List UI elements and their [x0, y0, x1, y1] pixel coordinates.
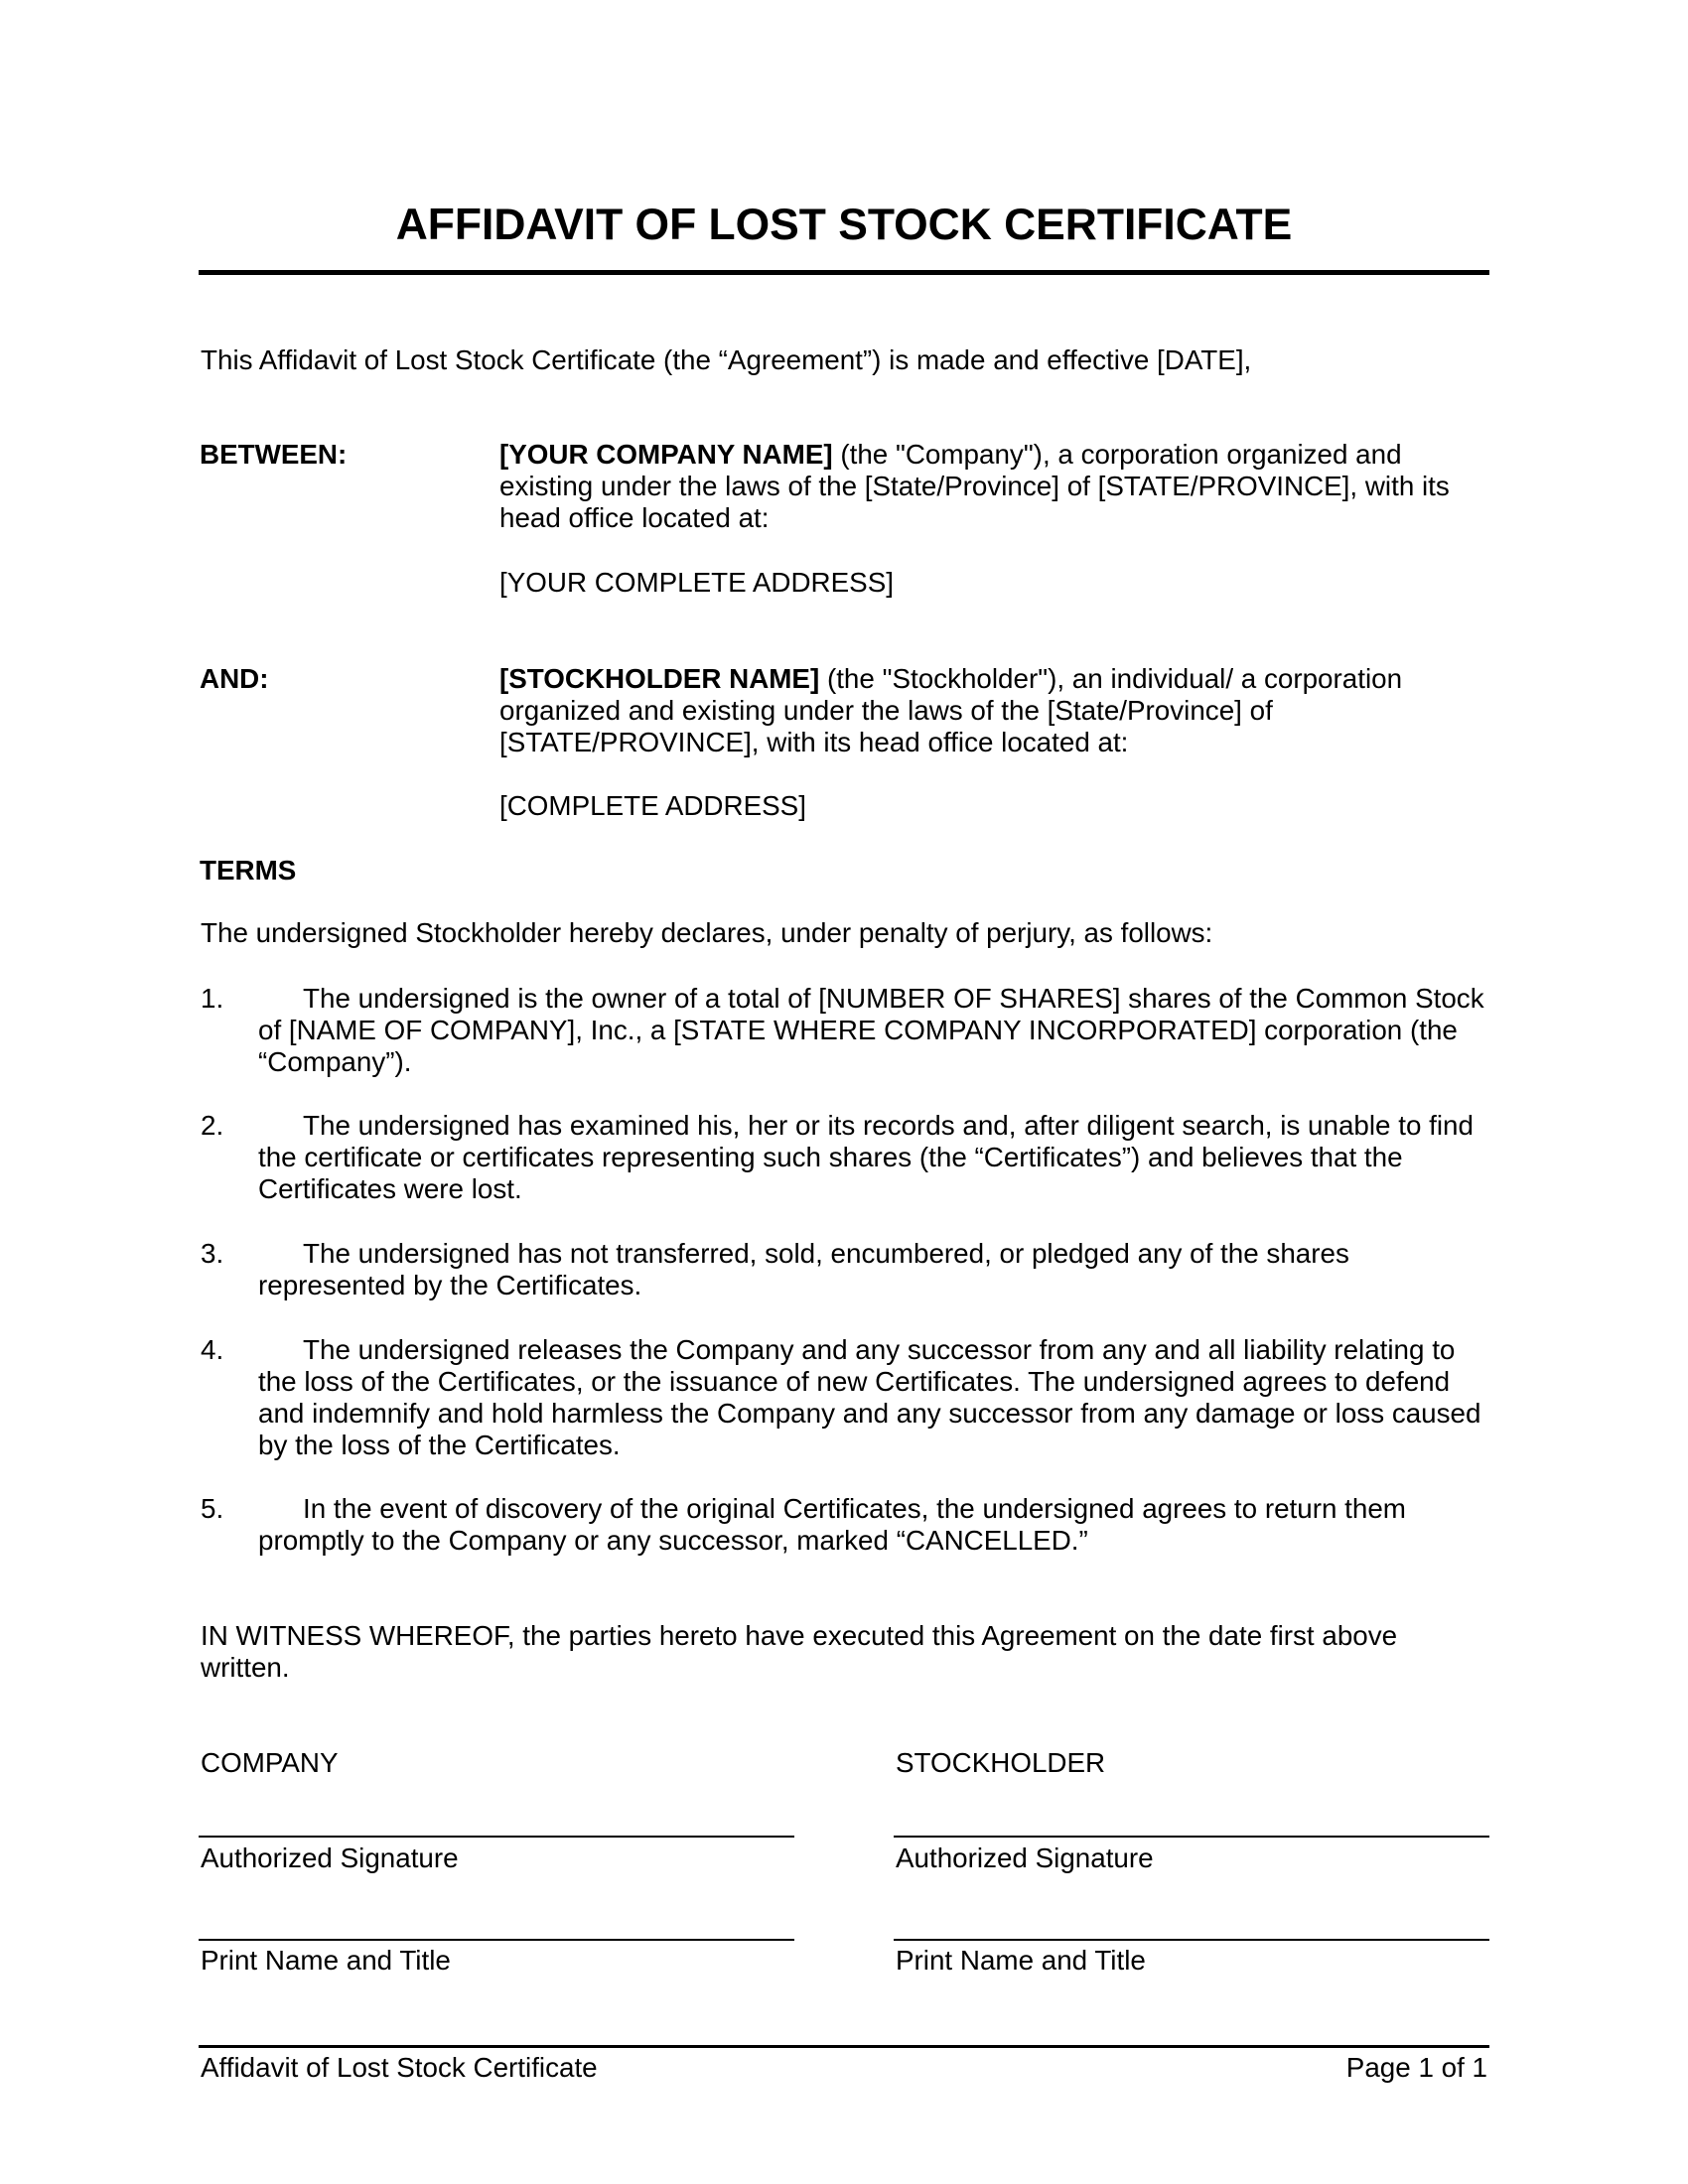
stockholder-signature-heading: STOCKHOLDER	[896, 1747, 1105, 1779]
title-divider	[199, 270, 1489, 275]
list-item-number: 5.	[201, 1493, 223, 1525]
list-item: In the event of discovery of the origina…	[258, 1493, 1406, 1557]
document-title: AFFIDAVIT OF LOST STOCK CERTIFICATE	[199, 200, 1489, 250]
list-item-line: promptly to the Company or any successor…	[258, 1525, 1406, 1557]
company-signature-heading: COMPANY	[201, 1747, 338, 1779]
company-name-placeholder: [YOUR COMPANY NAME]	[499, 439, 833, 470]
and-label: AND:	[200, 663, 268, 695]
list-item-line: Certificates were lost.	[258, 1173, 1474, 1205]
stockholder-party-line: [STOCKHOLDER NAME] (the "Stockholder"), …	[499, 663, 1402, 695]
company-signature-line[interactable]	[199, 1836, 794, 1838]
list-item: The undersigned releases the Company and…	[258, 1334, 1480, 1461]
list-item-line: and indemnify and hold harmless the Comp…	[258, 1398, 1480, 1430]
company-party-line: existing under the laws of the [State/Pr…	[499, 471, 1450, 502]
list-item-line: The undersigned has not transferred, sol…	[258, 1238, 1349, 1270]
company-name-title-line[interactable]	[199, 1939, 794, 1941]
between-label: BETWEEN:	[200, 439, 347, 471]
witness-line: IN WITNESS WHEREOF, the parties hereto h…	[201, 1620, 1397, 1652]
list-item-number: 3.	[201, 1238, 223, 1270]
list-item-number: 2.	[201, 1110, 223, 1142]
list-item: The undersigned has examined his, her or…	[258, 1110, 1474, 1205]
list-item-line: the certificate or certificates represen…	[258, 1142, 1474, 1173]
company-name-title-label: Print Name and Title	[201, 1945, 451, 1977]
list-item-line: of [NAME OF COMPANY], Inc., a [STATE WHE…	[258, 1015, 1484, 1046]
intro-paragraph: This Affidavit of Lost Stock Certificate…	[201, 344, 1251, 376]
stockholder-name-title-label: Print Name and Title	[896, 1945, 1146, 1977]
stockholder-party-description: [STOCKHOLDER NAME] (the "Stockholder"), …	[499, 663, 1402, 758]
footer-page-number: Page 1 of 1	[1346, 2052, 1487, 2084]
terms-intro: The undersigned Stockholder hereby decla…	[201, 917, 1212, 949]
company-party-description: [YOUR COMPANY NAME] (the "Company"), a c…	[499, 439, 1450, 534]
terms-heading: TERMS	[200, 855, 296, 887]
company-party-line: head office located at:	[499, 502, 1450, 534]
witness-paragraph: IN WITNESS WHEREOF, the parties hereto h…	[201, 1620, 1397, 1684]
stockholder-address-placeholder: [COMPLETE ADDRESS]	[499, 790, 806, 822]
list-item-line: The undersigned releases the Company and…	[258, 1334, 1480, 1366]
list-item-number: 1.	[201, 983, 223, 1015]
stockholder-signature-line[interactable]	[894, 1836, 1489, 1838]
list-item-line: The undersigned is the owner of a total …	[258, 983, 1484, 1015]
company-address-placeholder: [YOUR COMPLETE ADDRESS]	[499, 567, 894, 599]
list-item-number: 4.	[201, 1334, 223, 1366]
list-item-line: the loss of the Certificates, or the iss…	[258, 1366, 1480, 1398]
stockholder-party-line-rest: (the "Stockholder"), an individual/ a co…	[819, 663, 1402, 694]
list-item: The undersigned is the owner of a total …	[258, 983, 1484, 1078]
list-item-line: by the loss of the Certificates.	[258, 1430, 1480, 1461]
stockholder-party-line: [STATE/PROVINCE], with its head office l…	[499, 727, 1402, 758]
list-item-line: “Company”).	[258, 1046, 1484, 1078]
footer-divider	[199, 2045, 1489, 2048]
company-signature-label: Authorized Signature	[201, 1843, 459, 1874]
company-party-line-rest: (the "Company"), a corporation organized…	[833, 439, 1402, 470]
footer-document-name: Affidavit of Lost Stock Certificate	[201, 2052, 598, 2084]
list-item: The undersigned has not transferred, sol…	[258, 1238, 1349, 1301]
stockholder-name-title-line[interactable]	[894, 1939, 1489, 1941]
list-item-line: In the event of discovery of the origina…	[258, 1493, 1406, 1525]
stockholder-signature-label: Authorized Signature	[896, 1843, 1154, 1874]
list-item-line: represented by the Certificates.	[258, 1270, 1349, 1301]
list-item-line: The undersigned has examined his, her or…	[258, 1110, 1474, 1142]
company-party-line: [YOUR COMPANY NAME] (the "Company"), a c…	[499, 439, 1450, 471]
stockholder-name-placeholder: [STOCKHOLDER NAME]	[499, 663, 819, 694]
witness-line: written.	[201, 1652, 1397, 1684]
stockholder-party-line: organized and existing under the laws of…	[499, 695, 1402, 727]
